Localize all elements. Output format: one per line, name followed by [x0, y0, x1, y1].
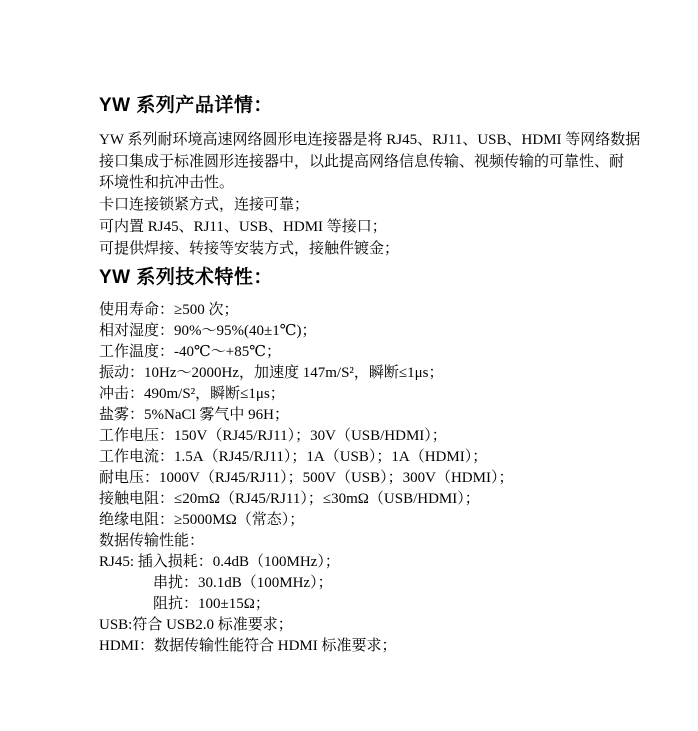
spec-line-hdmi: HDMI：数据传输性能符合 HDMI 标准要求；	[99, 636, 639, 657]
spec-line-working-current: 工作电流：1.5A（RJ45/RJ11）；1A（USB）；1A（HDMI）；	[99, 447, 639, 468]
spec-line-salt-spray: 盐雾：5%NaCl 雾气中 96H；	[99, 405, 639, 426]
tech-specs-section: 使用寿命：≥500 次； 相对湿度：90%～95%(40±1℃)； 工作温度：-…	[99, 300, 639, 657]
spec-line-crosstalk: 串扰：30.1dB（100MHz）；	[99, 573, 639, 594]
spec-line-service-life: 使用寿命：≥500 次；	[99, 300, 639, 321]
spec-line-operating-temperature: 工作温度：-40℃～+85℃；	[99, 342, 639, 363]
product-details-section: YW 系列耐环境高速网络圆形电连接器是将 RJ45、RJ11、USB、HDMI …	[99, 130, 639, 260]
spec-line-withstand-voltage: 耐电压：1000V（RJ45/RJ11）；500V（USB）；300V（HDMI…	[99, 468, 639, 489]
spec-line-rj45-insertion-loss: RJ45: 插入损耗：0.4dB（100MHz）；	[99, 552, 639, 573]
description-line: 接口集成于标准圆形连接器中，以此提高网络信息传输、视频传输的可靠性、耐	[99, 152, 639, 174]
feature-line: 卡口连接锁紧方式，连接可靠；	[99, 195, 639, 217]
document-page: YW 系列产品详情： YW 系列耐环境高速网络圆形电连接器是将 RJ45、RJ1…	[0, 0, 698, 731]
product-details-heading: YW 系列产品详情：	[99, 93, 639, 118]
spec-line-data-transmission: 数据传输性能：	[99, 531, 639, 552]
description-line: 环境性和抗冲击性。	[99, 173, 639, 195]
spec-line-relative-humidity: 相对湿度：90%～95%(40±1℃)；	[99, 321, 639, 342]
feature-line: 可内置 RJ45、RJ11、USB、HDMI 等接口；	[99, 217, 639, 239]
spec-line-usb: USB:符合 USB2.0 标准要求；	[99, 615, 639, 636]
tech-specs-heading: YW 系列技术特性：	[99, 265, 639, 290]
spec-line-contact-resistance: 接触电阻：≤20mΩ（RJ45/RJ11）；≤30mΩ（USB/HDMI）；	[99, 489, 639, 510]
description-line: YW 系列耐环境高速网络圆形电连接器是将 RJ45、RJ11、USB、HDMI …	[99, 130, 639, 152]
spec-line-shock: 冲击：490m/S²，瞬断≤1μs；	[99, 384, 639, 405]
spec-line-impedance: 阻抗：100±15Ω；	[99, 594, 639, 615]
document-content: YW 系列产品详情： YW 系列耐环境高速网络圆形电连接器是将 RJ45、RJ1…	[99, 0, 639, 657]
spec-line-vibration: 振动：10Hz～2000Hz，加速度 147m/S²，瞬断≤1μs；	[99, 363, 639, 384]
feature-line: 可提供焊接、转接等安装方式，接触件镀金；	[99, 239, 639, 261]
spec-line-insulation-resistance: 绝缘电阻：≥5000MΩ（常态）；	[99, 510, 639, 531]
spec-line-working-voltage: 工作电压：150V（RJ45/RJ11）；30V（USB/HDMI）；	[99, 426, 639, 447]
